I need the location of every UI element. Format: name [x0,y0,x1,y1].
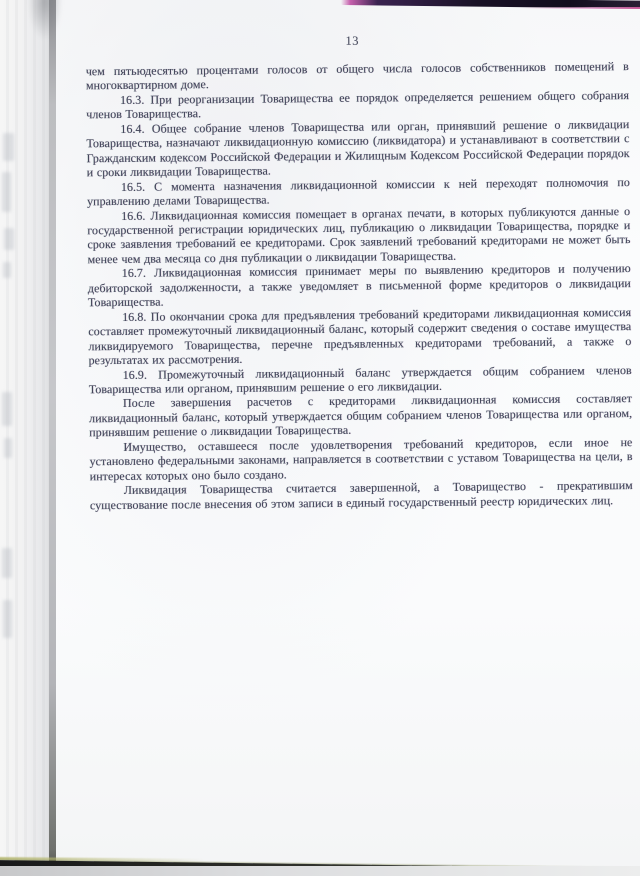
bleedthrough-smudge [4,228,14,250]
bleedthrough-smudge [2,392,12,426]
bleedthrough-smudge [3,262,11,278]
bleedthrough-smudge [3,600,12,638]
bleedthrough-smudge [2,548,12,578]
paragraph: После завершения расчетов с кредиторами … [89,391,632,440]
paragraph: 16.4. Общее собрание членов Товарищества… [86,117,630,180]
scan-fringe-pink-line [520,7,640,9]
scanner-bed-bottom [0,866,640,876]
bleedthrough-smudge [2,172,11,212]
paragraph: Имущество, оставшееся после удовлетворен… [89,435,632,484]
text-block: чем пятьюдесятью процентами голосов от о… [86,59,633,512]
scanner-margin-strip [0,0,52,876]
scanned-document-page: 13 чем пятьюдесятью процентами голосов о… [0,0,640,876]
paragraph: Ликвидация Товарищества считается заверш… [90,478,633,512]
sheet-content: 13 чем пятьюдесятью процентами голосов о… [53,0,640,867]
paragraph: 16.7. Ликвидационная комиссия принимает … [88,261,631,310]
paragraph: 16.8. По окончании срока для предъявлени… [88,305,632,368]
scan-shadow-top-left [28,0,62,40]
page-number: 13 [345,34,359,49]
paper-sheet: 13 чем пятьюдесятью процентами голосов о… [56,0,640,866]
bleedthrough-smudge [3,133,14,161]
bleedthrough-smudge [4,438,12,458]
paragraph: 16.6. Ликвидационная комиссия помещает в… [87,204,631,267]
